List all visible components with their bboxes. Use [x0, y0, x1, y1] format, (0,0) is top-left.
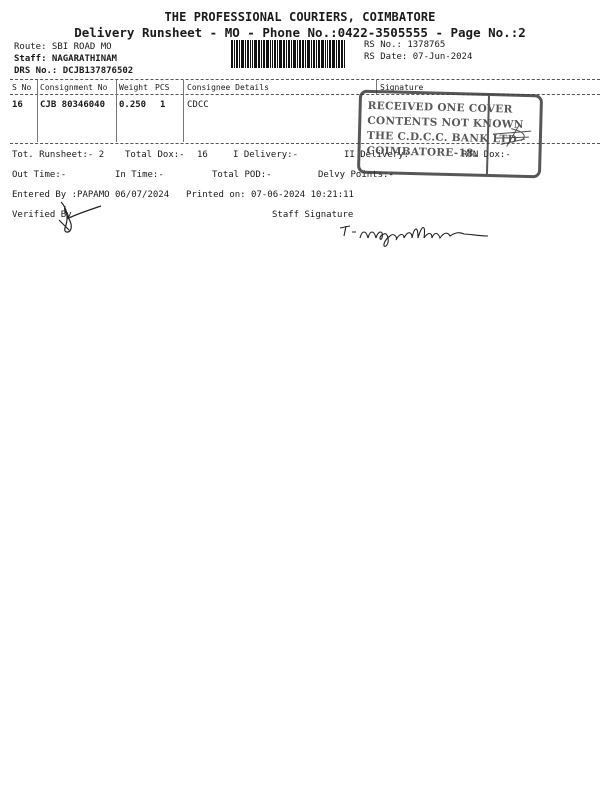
- column-separator: [37, 80, 38, 142]
- staff-label: Staff: NAGARATHINAM: [14, 54, 117, 64]
- total-dox-label: Total Dox:-: [125, 150, 185, 160]
- runsheet-subtitle: Delivery Runsheet - MO - Phone No.:0422-…: [0, 25, 600, 40]
- column-separator: [116, 80, 117, 142]
- staff-signature-label: Staff Signature: [272, 210, 353, 220]
- col-header-weight: Weight: [119, 83, 148, 92]
- col-header-pcs: PCS: [155, 83, 169, 92]
- route-label: Route: SBI ROAD MO: [14, 42, 112, 52]
- column-separator: [183, 80, 184, 142]
- total-dox-value: 16: [197, 150, 208, 160]
- bank-received-stamp: RECEIVED ONE COVER CONTENTS NOT KNOWN TH…: [357, 90, 543, 179]
- tot-runsheet: Tot. Runsheet:- 2: [12, 150, 104, 160]
- out-time: Out Time:-: [12, 170, 66, 180]
- cell-weight: 0.250: [119, 100, 146, 110]
- rs-date: RS Date: 07-Jun-2024: [364, 52, 472, 62]
- total-pod: Total POD:-: [212, 170, 272, 180]
- col-header-consignee: Consignee Details: [187, 83, 269, 92]
- printed-on: Printed on: 07-06-2024 10:21:11: [186, 190, 354, 200]
- divider: [10, 79, 600, 80]
- entered-by: Entered By :PAPAMO 06/07/2024: [12, 190, 169, 200]
- company-title: THE PROFESSIONAL COURIERS, COIMBATORE: [0, 10, 600, 24]
- stamp-initials-signature: [491, 120, 536, 151]
- col-header-sno: S No: [12, 83, 31, 92]
- cell-sno: 16: [12, 100, 23, 110]
- cell-consignee: CDCC: [187, 100, 209, 110]
- i-delivery: I Delivery:-: [233, 150, 298, 160]
- cell-consignment-no: CJB 80346040: [40, 100, 105, 110]
- drs-number: DRS No.: DCJB137876502: [14, 66, 133, 76]
- cell-pcs: 1: [160, 100, 165, 110]
- col-header-consignment: Consignment No: [40, 83, 107, 92]
- verified-signature: [55, 200, 105, 236]
- barcode: [231, 40, 355, 68]
- rs-number: RS No.: 1378765: [364, 40, 445, 50]
- in-time: In Time:-: [115, 170, 164, 180]
- staff-signature: [338, 220, 500, 248]
